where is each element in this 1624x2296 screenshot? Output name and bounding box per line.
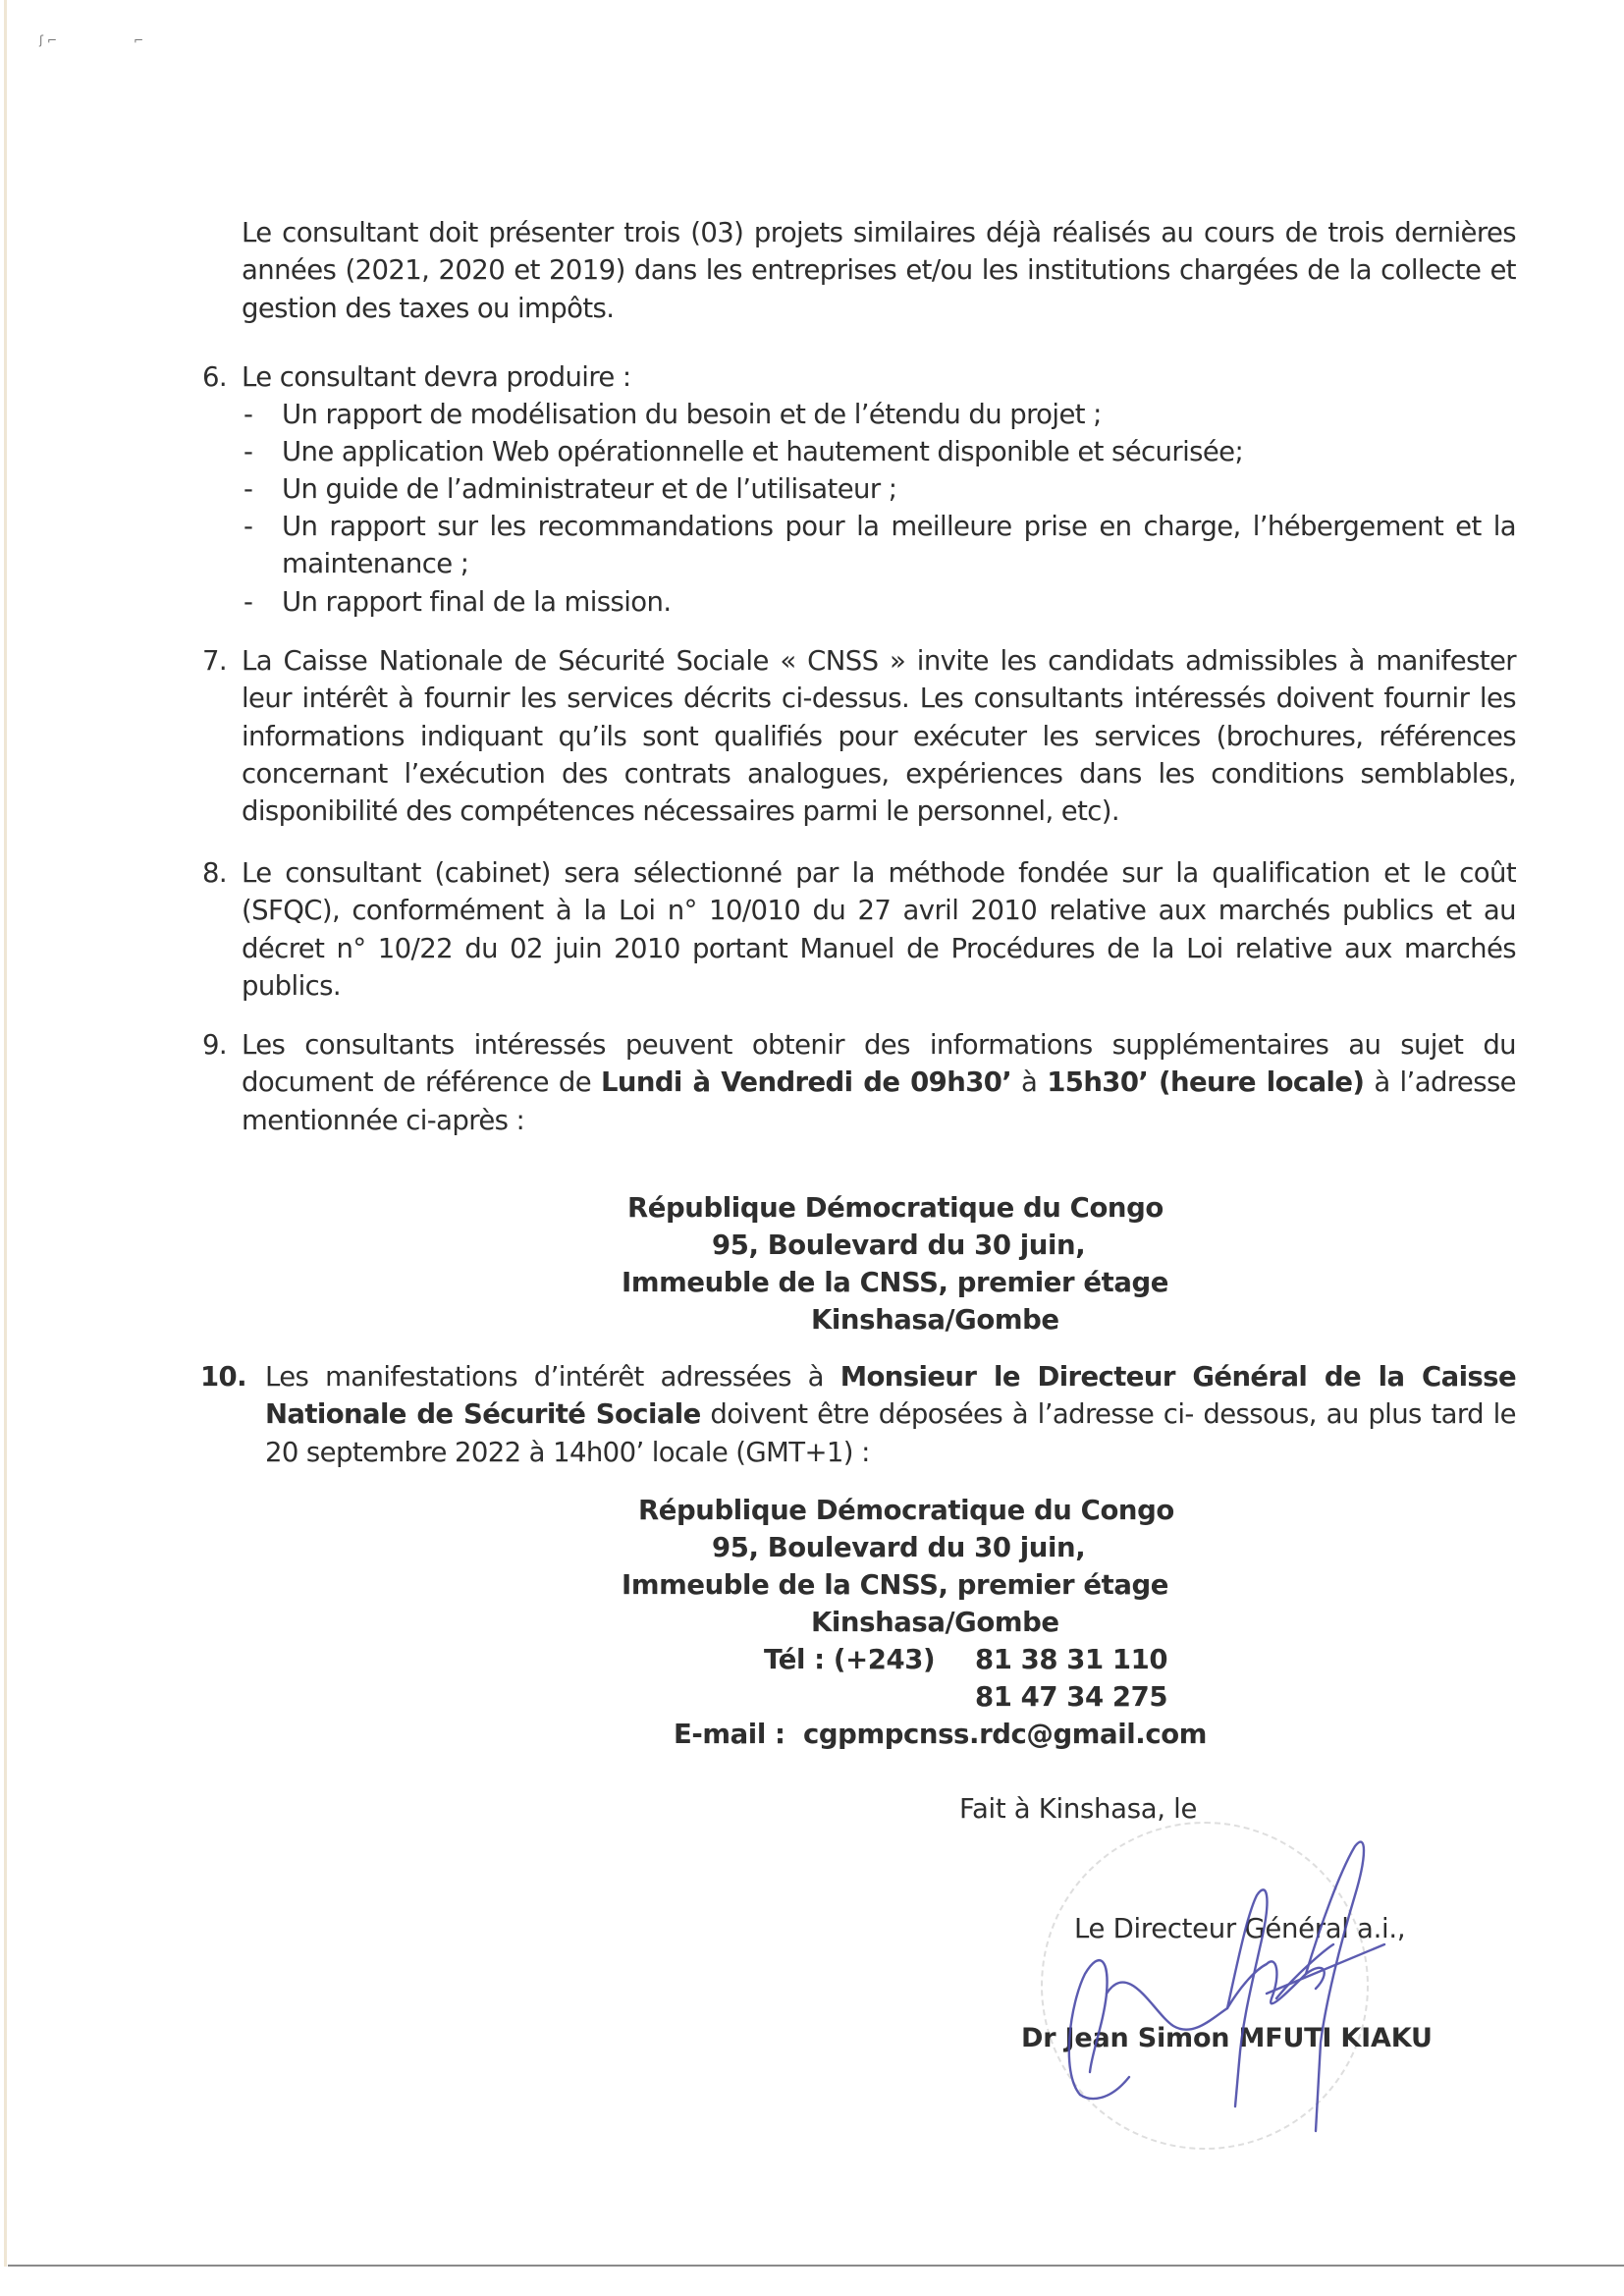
bullet-item: Un rapport final de la mission. — [282, 583, 1516, 621]
bullet-item: Un rapport sur les recommandations pour … — [282, 508, 1516, 583]
item-text: Le consultant (cabinet) sera sélectionné… — [242, 854, 1516, 1005]
item-number: 9. — [202, 1026, 227, 1064]
bullet-item: Une application Web opérationnelle et ha… — [282, 433, 1516, 470]
bullet-dash: - — [244, 508, 252, 545]
scan-edge-left — [4, 0, 7, 2267]
item-text: Les manifestations d’intérêt adressées à… — [265, 1358, 1516, 1471]
address-building: Immeuble de la CNSS, premier étage — [622, 1567, 1168, 1605]
bullet-item: Un rapport de modélisation du besoin et … — [282, 396, 1516, 433]
office-hours: Lundi à Vendredi de 09h30’ — [601, 1066, 1011, 1098]
scan-mark: ʃ ⌐ — [39, 33, 57, 47]
place-date: Fait à Kinshasa, le — [959, 1790, 1197, 1828]
email-address[interactable]: cgpmpcnss.rdc@gmail.com — [803, 1717, 1207, 1754]
address-street: 95, Boulevard du 30 juin, — [712, 1530, 1085, 1567]
item-text: Les consultants intéressés peuvent obten… — [242, 1026, 1516, 1139]
scanned-document-page: ʃ ⌐ ⌐ Le consultant doit présenter trois… — [0, 0, 1624, 2296]
bullet-dash: - — [244, 396, 252, 433]
office-hours-end: 15h30’ (heure locale) — [1047, 1066, 1364, 1098]
bullet-dash: - — [244, 433, 252, 470]
email-label: E-mail : — [674, 1717, 785, 1754]
item-text: Le consultant devra produire : — [242, 358, 1516, 396]
address-country: République Démocratique du Congo — [638, 1493, 1174, 1530]
item-number: 10. — [200, 1358, 246, 1395]
item-number: 7. — [202, 642, 227, 680]
address-city: Kinshasa/Gombe — [811, 1605, 1059, 1642]
bullet-dash: - — [244, 470, 252, 508]
phone-number-2[interactable]: 81 47 34 275 — [975, 1679, 1167, 1717]
intro-paragraph: Le consultant doit présenter trois (03) … — [242, 214, 1516, 327]
official-stamp — [1041, 1822, 1369, 2150]
phone-number-1[interactable]: 81 38 31 110 — [975, 1642, 1167, 1679]
address-city: Kinshasa/Gombe — [811, 1302, 1059, 1339]
bullet-item: Un guide de l’administrateur et de l’uti… — [282, 470, 1516, 508]
item-number: 8. — [202, 854, 227, 892]
item-number: 6. — [202, 358, 227, 396]
address-building: Immeuble de la CNSS, premier étage — [622, 1265, 1168, 1302]
signatory-title: Le Directeur Général a.i., — [1074, 1910, 1405, 1947]
item-text: La Caisse Nationale de Sécurité Sociale … — [242, 642, 1516, 830]
scan-mark: ⌐ — [134, 33, 143, 47]
signatory-name: Dr Jean Simon MFUTI KIAKU — [1021, 2023, 1433, 2053]
handwritten-signature — [0, 0, 1624, 2296]
phone-label: Tél : (+243) — [764, 1642, 935, 1679]
address-country: République Démocratique du Congo — [627, 1190, 1164, 1228]
bullet-dash: - — [244, 583, 252, 621]
address-street: 95, Boulevard du 30 juin, — [712, 1228, 1085, 1265]
scan-edge-bottom — [8, 2265, 1624, 2267]
